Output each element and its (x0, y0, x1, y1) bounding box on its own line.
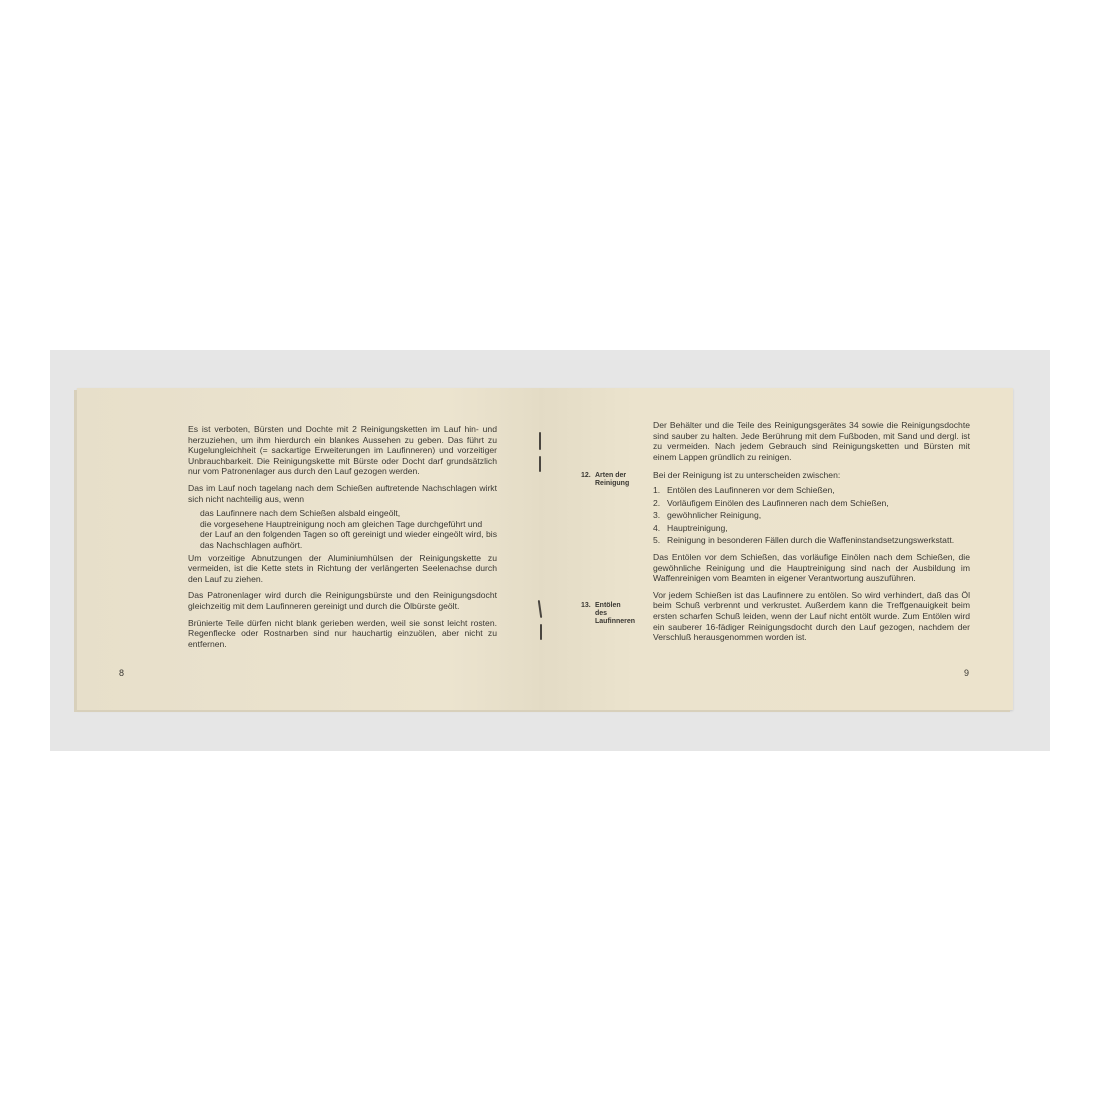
paragraph: Um vorzeitige Abnutzungen der Aluminiumh… (188, 553, 497, 585)
section-title: Laufinneren (595, 618, 635, 625)
condition-item: der Lauf an den folgenden Tagen so oft g… (188, 529, 497, 550)
section-number: 12. (581, 472, 595, 480)
staple-icon (539, 456, 541, 472)
left-page: Es ist verboten, Bürsten und Dochte mit … (77, 388, 539, 710)
list-item: 3.gewöhnlicher Reinigung, (653, 510, 970, 521)
left-page-body: Es ist verboten, Bürsten und Dochte mit … (188, 424, 497, 655)
paragraph: Das Patronenlager wird durch die Reinigu… (188, 590, 497, 611)
paragraph: Das im Lauf noch tagelang nach dem Schie… (188, 483, 497, 504)
open-booklet: Es ist verboten, Bürsten und Dochte mit … (77, 388, 1013, 710)
paragraph: Es ist verboten, Bürsten und Dochte mit … (188, 424, 497, 477)
condition-item: das Laufinnere nach dem Schießen alsbald… (188, 508, 497, 519)
list-item: 1.Entölen des Laufinneren vor dem Schieß… (653, 485, 970, 496)
staple-icon (539, 432, 541, 450)
list-item: 5.Reinigung in besonderen Fällen durch d… (653, 535, 970, 546)
section-number: 13. (581, 602, 595, 610)
right-page: 12.Arten derReinigung 13.EntölendesLaufi… (539, 388, 1013, 710)
section-13-heading: 13.EntölendesLaufinneren (581, 602, 635, 626)
paragraph: Bei der Reinigung ist zu unterscheiden z… (653, 470, 970, 481)
page-number-right: 9 (964, 668, 969, 678)
paragraph: Der Behälter und die Teile des Reinigung… (653, 420, 970, 462)
section-title: Reinigung (595, 480, 629, 487)
right-page-body: Der Behälter und die Teile des Reinigung… (653, 420, 970, 649)
paragraph: Das Entölen vor dem Schießen, das vorläu… (653, 552, 970, 584)
page-number-left: 8 (119, 668, 124, 678)
list-item: 4.Hauptreinigung, (653, 523, 970, 534)
section-title: des (595, 610, 607, 617)
section-title: Arten der (595, 472, 626, 479)
section-title: Entölen (595, 602, 621, 609)
condition-item: die vorgesehene Hauptreinigung noch am g… (188, 519, 497, 530)
section-12-heading: 12.Arten derReinigung (581, 472, 629, 488)
list-item: 2.Vorläufigem Einölen des Laufinneren na… (653, 498, 970, 509)
cleaning-types-list: 1.Entölen des Laufinneren vor dem Schieß… (653, 485, 970, 546)
paragraph: Vor jedem Schießen ist das Laufinnere zu… (653, 590, 970, 643)
paragraph: Brünierte Teile dürfen nicht blank gerie… (188, 618, 497, 650)
staple-icon (540, 624, 542, 640)
